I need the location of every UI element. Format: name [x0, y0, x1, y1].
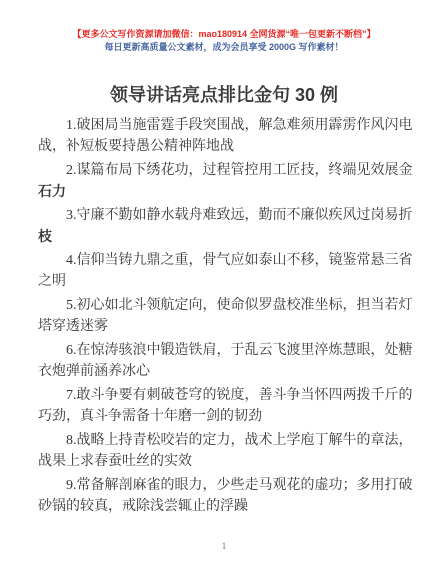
paragraph-line: 塔穿透迷雾 — [38, 316, 410, 337]
paragraph-line: 7.敢斗争要有刺破苍穹的锐度，善斗争当怀四两拨千斤的 — [38, 385, 410, 406]
promo-header: 【更多公文写作资源请加微信：mao180914 全网货源“唯一包更新不断档”】 … — [0, 28, 448, 54]
paragraph-line: 9.常备解剖麻雀的眼力，少些走马观花的虚功；多用打破 — [38, 475, 410, 496]
paragraph-line: 衣炮弹前涵养冰心 — [38, 361, 410, 382]
paragraph-line: 石力 — [38, 181, 410, 202]
document-title: 领导讲话亮点排比金句 30 例 — [0, 84, 448, 106]
list-item: 1.破困局当施雷霆手段突围战，解急难须用霹雳作风闪电战，补短板要持愚公精神阵地战 — [38, 115, 410, 157]
list-item: 2.谋篇布局下绣花功，过程管控用工匠技，终端见效展金石力 — [38, 160, 410, 202]
paragraph-line: 巧劲，真斗争需备十年磨一剑的韧劲 — [38, 406, 410, 427]
list-item: 4.信仰当铸九鼎之重，骨气应如泰山不移，镜鉴常悬三省之明 — [38, 250, 410, 292]
paragraph-line: 8.战略上持青松咬岩的定力，战术上学庖丁解牛的章法， — [38, 430, 410, 451]
paragraph-line: 5.初心如北斗领航定向，使命似罗盘校准坐标，担当若灯 — [38, 295, 410, 316]
list-item: 3.守廉不勤如静水载舟难致远，勤而不廉似疾风过岗易折枝 — [38, 205, 410, 247]
list-item: 7.敢斗争要有刺破苍穹的锐度，善斗争当怀四两拨千斤的巧劲，真斗争需备十年磨一剑的… — [38, 385, 410, 427]
list-item: 8.战略上持青松咬岩的定力，战术上学庖丁解牛的章法，战果上求春蚕吐丝的实效 — [38, 430, 410, 472]
list-item: 9.常备解剖麻雀的眼力，少些走马观花的虚功；多用打破砂锅的较真，戒除浅尝辄止的浮… — [38, 475, 410, 517]
document-body: 1.破困局当施雷霆手段突围战，解急难须用霹雳作风闪电战，补短板要持愚公精神阵地战… — [0, 115, 448, 517]
paragraph-line: 砂锅的较真，戒除浅尝辄止的浮躁 — [38, 496, 410, 517]
document-page: 【更多公文写作资源请加微信：mao180914 全网货源“唯一包更新不断档”】 … — [0, 0, 448, 580]
paragraph-line: 枝 — [38, 226, 410, 247]
promo-header-line2: 每日更新高质量公文素材，成为会员享受 2000G 写作素材！ — [0, 41, 448, 54]
list-item: 5.初心如北斗领航定向，使命似罗盘校准坐标，担当若灯塔穿透迷雾 — [38, 295, 410, 337]
paragraph-line: 1.破困局当施雷霆手段突围战，解急难须用霹雳作风闪电 — [38, 115, 410, 136]
list-item: 6.在惊涛骇浪中锻造铁肩，于乱云飞渡里淬炼慧眼，处糖衣炮弹前涵养冰心 — [38, 340, 410, 382]
paragraph-line: 3.守廉不勤如静水载舟难致远，勤而不廉似疾风过岗易折 — [38, 205, 410, 226]
paragraph-line: 6.在惊涛骇浪中锻造铁肩，于乱云飞渡里淬炼慧眼，处糖 — [38, 340, 410, 361]
page-number: 1 — [0, 541, 448, 551]
paragraph-line: 4.信仰当铸九鼎之重，骨气应如泰山不移，镜鉴常悬三省 — [38, 250, 410, 271]
paragraph-line: 战果上求春蚕吐丝的实效 — [38, 451, 410, 472]
paragraph-line: 战，补短板要持愚公精神阵地战 — [38, 136, 410, 157]
promo-header-line1: 【更多公文写作资源请加微信：mao180914 全网货源“唯一包更新不断档”】 — [0, 28, 448, 41]
paragraph-line: 之明 — [38, 271, 410, 292]
paragraph-line: 2.谋篇布局下绣花功，过程管控用工匠技，终端见效展金 — [38, 160, 410, 181]
